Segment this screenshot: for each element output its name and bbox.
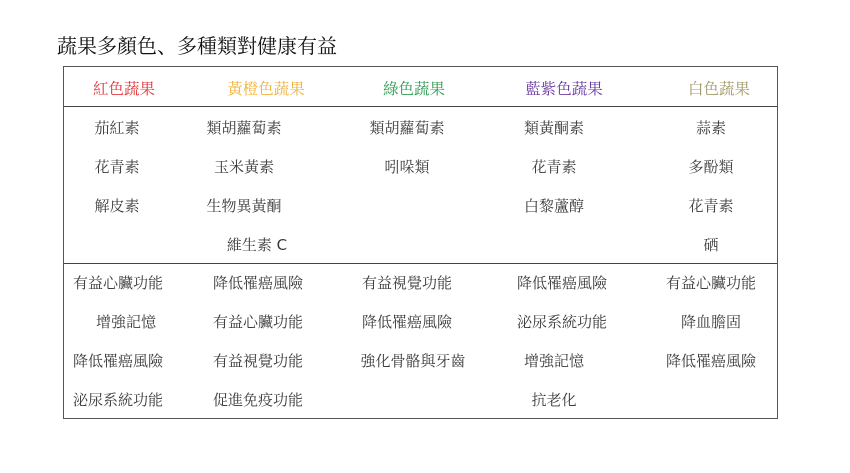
page-title: 蔬果多顏色、多種類對健康有益 (57, 30, 337, 59)
nutrient-cell: 維生素 C (227, 234, 287, 255)
header-blue-purple: 藍紫色蔬果 (525, 77, 603, 99)
nutrient-cell: 花青素 (688, 195, 733, 216)
header-yellow-orange: 黃橙色蔬果 (227, 77, 305, 99)
nutrients-section: 茄紅素 花青素 解皮素 類胡蘿蔔素 玉米黃素 生物異黃酮 維生素 C 類胡蘿蔔素… (64, 106, 777, 264)
benefit-cell: 增強記憶 (96, 311, 156, 332)
benefit-cell: 降低罹癌風險 (666, 350, 756, 371)
nutrient-cell: 玉米黃素 (214, 156, 274, 177)
header-white: 白色蔬果 (688, 77, 750, 99)
benefit-cell: 有益視覺功能 (213, 350, 303, 371)
benefit-cell: 抗老化 (531, 389, 576, 410)
benefits-section: 有益心臟功能 增強記憶 降低罹癌風險 泌尿系統功能 降低罹癌風險 有益心臟功能 … (64, 263, 777, 418)
nutrient-cell: 白黎蘆醇 (524, 195, 584, 216)
benefit-cell: 降低罹癌風險 (73, 350, 163, 371)
vegetable-color-table: 紅色蔬果 黃橙色蔬果 綠色蔬果 藍紫色蔬果 白色蔬果 茄紅素 花青素 解皮素 類… (63, 66, 778, 419)
nutrient-cell: 類黃酮素 (524, 117, 584, 138)
nutrient-cell: 花青素 (531, 156, 576, 177)
nutrient-cell: 硒 (703, 234, 718, 255)
benefit-cell: 降低罹癌風險 (362, 311, 452, 332)
benefit-cell: 有益心臟功能 (213, 311, 303, 332)
nutrient-cell: 蒜素 (696, 117, 726, 138)
nutrient-cell: 多酚類 (688, 156, 733, 177)
header-green: 綠色蔬果 (383, 77, 445, 99)
benefit-cell: 泌尿系統功能 (517, 311, 607, 332)
nutrient-cell: 類胡蘿蔔素 (206, 117, 281, 138)
nutrient-cell: 花青素 (94, 156, 139, 177)
nutrient-cell: 吲哚類 (384, 156, 429, 177)
nutrient-cell: 茄紅素 (94, 117, 139, 138)
benefit-cell: 有益心臟功能 (666, 272, 756, 293)
benefit-cell: 增強記憶 (524, 350, 584, 371)
nutrient-cell: 解皮素 (94, 195, 139, 216)
table-header-row: 紅色蔬果 黃橙色蔬果 綠色蔬果 藍紫色蔬果 白色蔬果 (64, 67, 777, 107)
nutrient-cell: 生物異黃酮 (206, 195, 281, 216)
benefit-cell: 強化骨骼與牙齒 (360, 350, 465, 371)
nutrient-cell: 類胡蘿蔔素 (369, 117, 444, 138)
benefit-cell: 促進免疫功能 (213, 389, 303, 410)
benefit-cell: 降低罹癌風險 (517, 272, 607, 293)
benefit-cell: 降血膽固 (681, 311, 741, 332)
benefit-cell: 有益視覺功能 (362, 272, 452, 293)
benefit-cell: 泌尿系統功能 (73, 389, 163, 410)
benefit-cell: 有益心臟功能 (73, 272, 163, 293)
benefit-cell: 降低罹癌風險 (213, 272, 303, 293)
header-red: 紅色蔬果 (93, 77, 155, 99)
